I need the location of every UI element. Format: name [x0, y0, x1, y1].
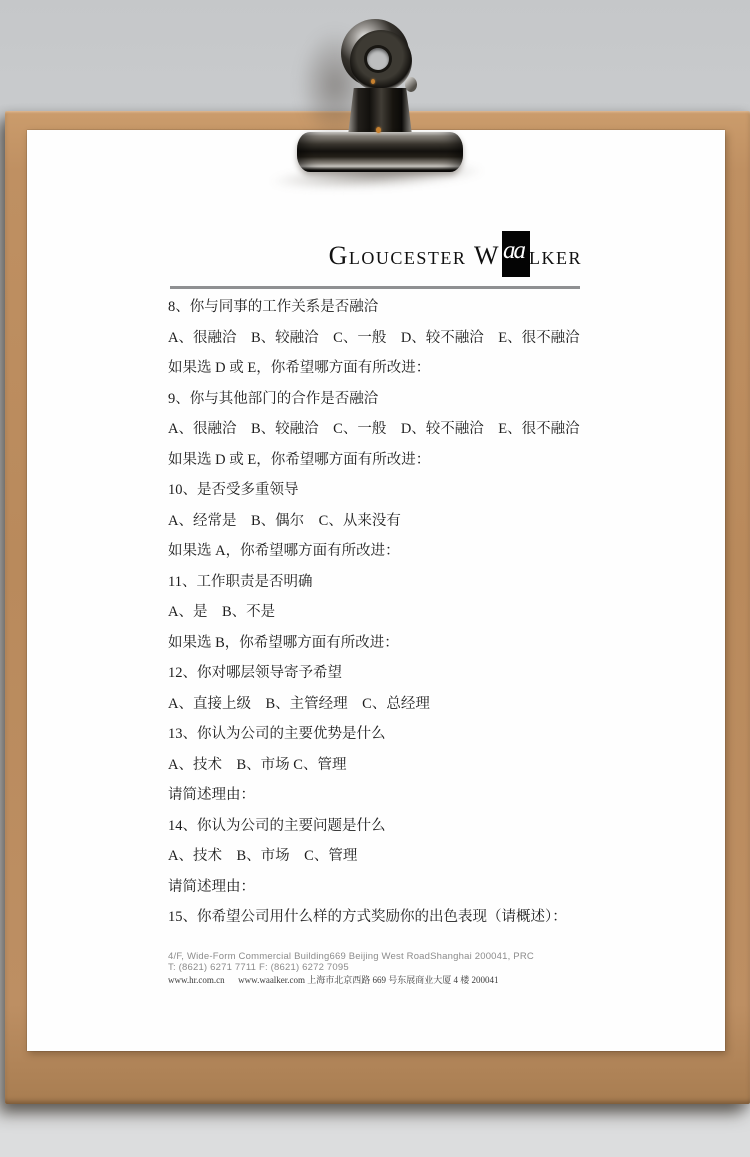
clip-glint-icon [376, 127, 381, 133]
followup-line: 如果选 A，你希望哪方面有所改进： [168, 536, 592, 567]
questionnaire-body: 8、你与同事的工作关系是否融洽 A、很融洽 B、较融洽 C、一般 D、较不融洽 … [168, 292, 592, 933]
logo-text-boxed: aa [503, 238, 524, 263]
options-line: A、技术 B、市场 C、管理 [168, 841, 592, 872]
followup-line: 请简述理由： [168, 780, 592, 811]
options-line: A、很融洽 B、较融洽 C、一般 D、较不融洽 E、很不融洽 [168, 323, 592, 354]
letterhead-divider [170, 286, 580, 289]
options-line: A、经常是 B、偶尔 C、从来没有 [168, 506, 592, 537]
footer-address-cn: www.hr.com.cn www.waalker.com 上海市北京西路 66… [168, 975, 534, 986]
logo-text-left: Gloucester W [329, 241, 500, 270]
question-line: 12、你对哪层领导寄予希望 [168, 658, 592, 689]
options-line: A、很融洽 B、较融洽 C、一般 D、较不融洽 E、很不融洽 [168, 414, 592, 445]
followup-line: 如果选 B，你希望哪方面有所改进： [168, 628, 592, 659]
letterhead-logo: Gloucester Waalker [170, 231, 582, 278]
options-line: A、是 B、不是 [168, 597, 592, 628]
clip-lever-ear-icon [405, 77, 417, 92]
question-line: 14、你认为公司的主要问题是什么 [168, 811, 592, 842]
question-line: 9、你与其他部门的合作是否融洽 [168, 384, 592, 415]
clip-grip-bar-icon [297, 132, 463, 172]
followup-line: 请简述理由： [168, 872, 592, 903]
followup-line: 如果选 D 或 E，你希望哪方面有所改进： [168, 445, 592, 476]
options-line: A、直接上级 B、主管经理 C、总经理 [168, 689, 592, 720]
letterhead-footer: 4/F, Wide-Form Commercial Building669 Be… [168, 951, 534, 986]
question-line: 10、是否受多重领导 [168, 475, 592, 506]
question-line: 15、你希望公司用什么样的方式奖励你的出色表现（请概述）： [168, 902, 592, 933]
followup-line: 如果选 D 或 E，你希望哪方面有所改进： [168, 353, 592, 384]
question-line: 8、你与同事的工作关系是否融洽 [168, 292, 592, 323]
logo-black-square: aa [502, 231, 530, 277]
clip-glint-icon [371, 79, 375, 84]
logo-text-right: lker [529, 241, 582, 270]
options-line: A、技术 B、市场 C、管理 [168, 750, 592, 781]
question-line: 13、你认为公司的主要优势是什么 [168, 719, 592, 750]
footer-phone: T: (8621) 6271 7711 F: (8621) 6272 7095 [168, 962, 534, 973]
footer-address-en: 4/F, Wide-Form Commercial Building669 Be… [168, 951, 534, 962]
question-line: 11、工作职责是否明确 [168, 567, 592, 598]
clip-knob-hole-icon [367, 48, 389, 70]
